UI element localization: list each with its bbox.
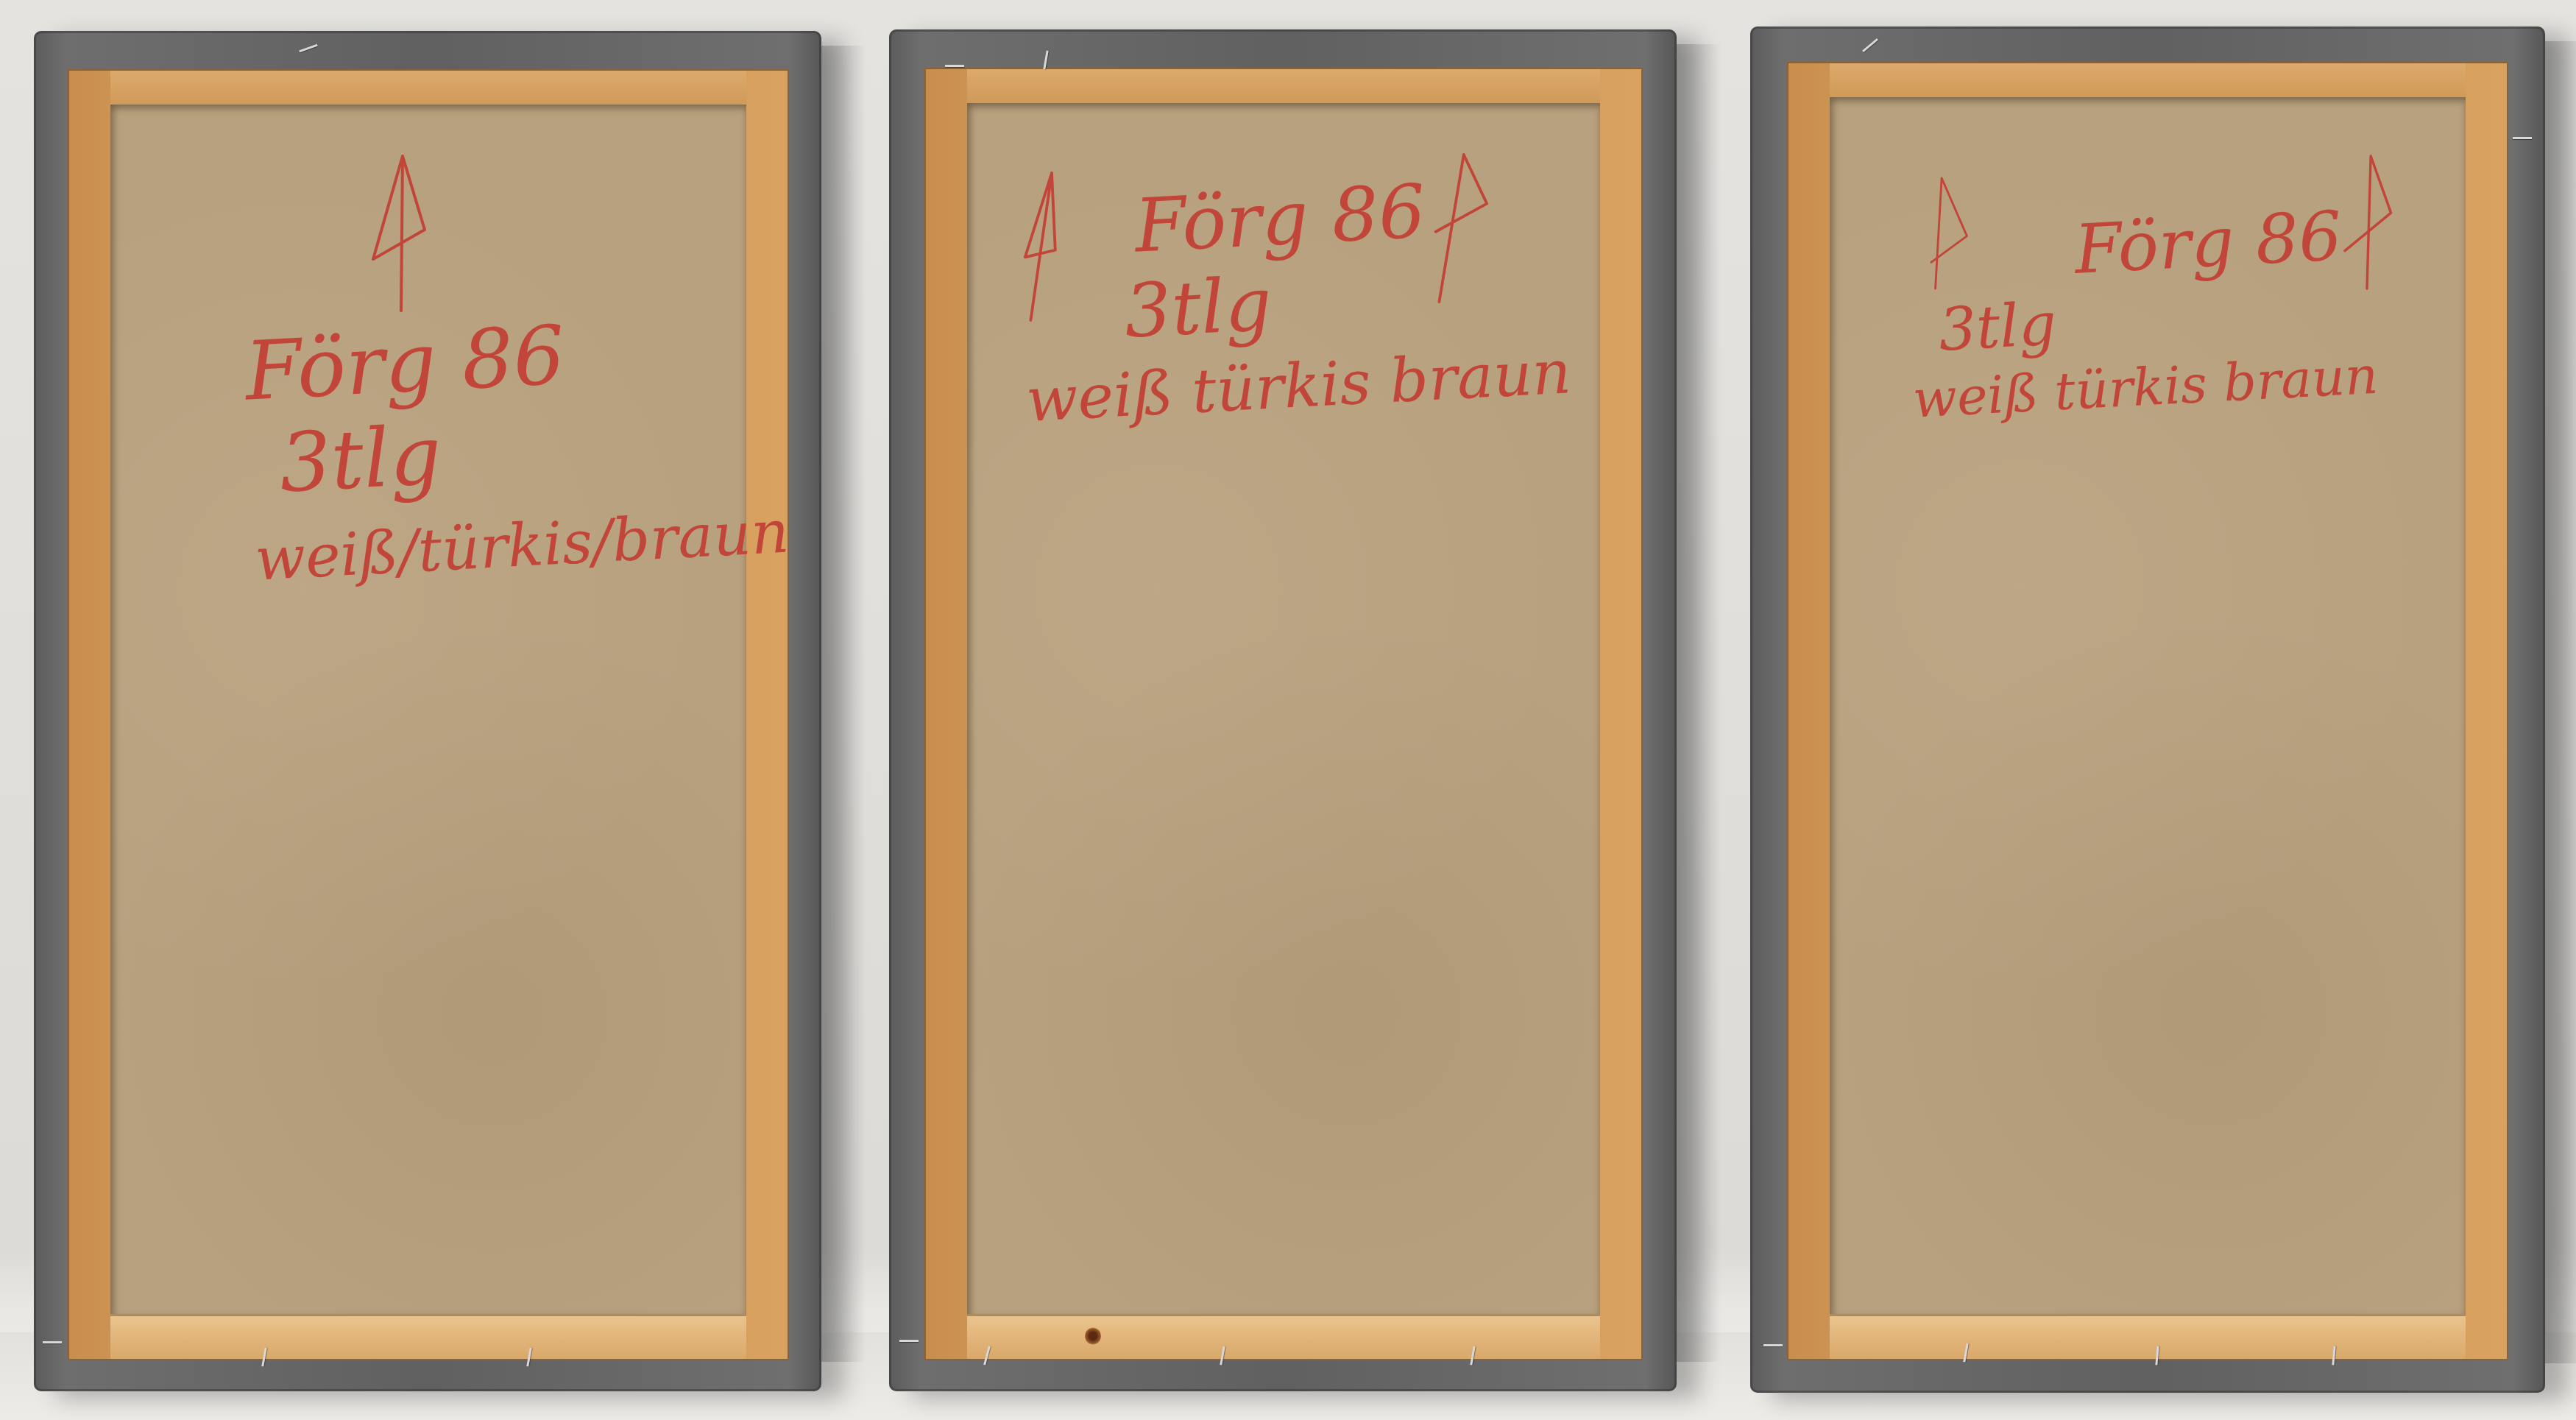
stretcher-top-bar	[967, 69, 1600, 105]
panel-center: Förg 86 3tlg weiß türkis braun	[889, 29, 1677, 1391]
inscription-colors: weiß türkis braun	[1025, 338, 1573, 436]
fiberboard-back: Förg 86 3tlg weiß türkis braun	[967, 103, 1600, 1316]
wooden-stretcher: Förg 86 3tlg weiß türkis braun	[924, 68, 1643, 1360]
staple	[2513, 137, 2532, 139]
stretcher-bottom-bar	[967, 1314, 1600, 1359]
panel-shadow	[1677, 44, 1721, 1362]
panel-right: Förg 86 3tlg weiß türkis braun	[1750, 27, 2545, 1393]
panel-inscription: Förg 86 3tlg weiß türkis braun	[2073, 196, 2379, 420]
inscription-colors: weiß/türkis/braun	[253, 498, 790, 594]
panel-inscription: Förg 86 3tlg weiß/türkis/braun	[243, 297, 790, 593]
wooden-stretcher: Förg 86 3tlg weiß/türkis/braun	[68, 69, 789, 1360]
staple	[1043, 50, 1048, 69]
panel-left: Förg 86 3tlg weiß/türkis/braun	[34, 31, 821, 1391]
panel-shadow	[821, 46, 866, 1362]
up-arrow-icon	[372, 156, 431, 311]
stretcher-bottom-bar	[1830, 1314, 2466, 1359]
staple	[299, 44, 317, 53]
up-arrow-icon	[1022, 173, 1081, 320]
staple	[1862, 38, 1878, 52]
fiberboard-back: Förg 86 3tlg weiß türkis braun	[1830, 97, 2466, 1316]
inscription-signature: Förg 86	[2073, 196, 2373, 289]
staple	[43, 1341, 62, 1343]
panel-inscription: Förg 86 3tlg weiß türkis braun	[1133, 162, 1573, 430]
panel-shadow	[2545, 41, 2576, 1363]
fiberboard-back: Förg 86 3tlg weiß/türkis/braun	[110, 105, 746, 1316]
wood-knot	[1085, 1327, 1101, 1346]
stretcher-bottom-bar	[110, 1314, 746, 1359]
staple	[945, 65, 964, 67]
staple	[1763, 1344, 1783, 1346]
wooden-stretcher: Förg 86 3tlg weiß türkis braun	[1787, 62, 2508, 1360]
stretcher-top-bar	[110, 71, 746, 107]
stretcher-top-bar	[1830, 63, 2466, 99]
up-arrow-icon	[1922, 178, 1981, 289]
staple	[899, 1340, 919, 1342]
